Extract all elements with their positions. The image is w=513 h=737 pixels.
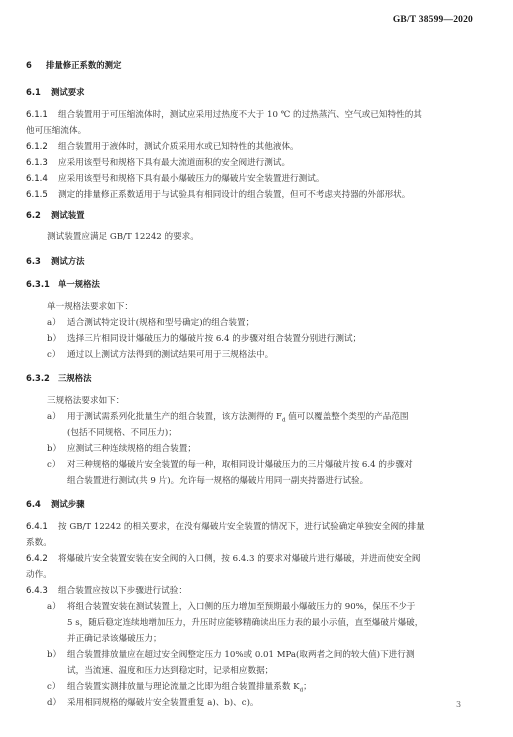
list-item-cont: 并正确记录该爆破压力； — [67, 634, 162, 645]
list-item-cont: 组合装置进行测试(共 9 片)。允许每一规格的爆破片用同一副夹持器进行试验。 — [67, 476, 368, 487]
clause-6-1-4: 6.1.4应采用该型号和规格下具有最小爆破压力的爆破片安全装置进行测试。 — [26, 174, 324, 185]
list-item: b）组合装置排放量应在超过安全阀整定压力 10%或 0.01 MPa(取两者之间… — [47, 650, 414, 661]
list-item: a）适合测试特定设计(规格和型号确定)的组合装置； — [47, 318, 254, 329]
section-6-1-heading: 6.1测试要求 — [26, 87, 85, 98]
list-item: a）将组合装置安装在测试装置上，入口侧的压力增加至预期最小爆破压力的 90%，保… — [47, 602, 415, 613]
clause-6-4-1: 6.4.1按 GB/T 12242 的相关要求，在没有爆破片安全装置的情况下，进… — [26, 522, 425, 533]
page-number: 3 — [456, 700, 461, 709]
list-item-cont: 试，当流速、温度和压力达到稳定时，记录相应数据； — [67, 666, 273, 677]
section-6-3-heading: 6.3测试方法 — [26, 256, 85, 267]
clause-6-3-2-intro: 三规格法要求如下： — [47, 396, 124, 407]
clause-6-4-2: 6.4.2将爆破片安全装置安装在安全阀的入口侧，按 6.4.3 的要求对爆破片进… — [26, 554, 421, 565]
document-page: GB/T 38599—2020 6排量修正系数的测定 6.1测试要求 6.1.1… — [0, 0, 513, 737]
section-6-3-2-heading: 6.3.2三规格法 — [26, 373, 92, 384]
clause-6-2-text: 测试装置应满足 GB/T 12242 的要求。 — [47, 232, 199, 243]
list-item: a）用于测试需系列化批量生产的组合装置，该方法测得的 Fd 值可以覆盖整个类型的… — [47, 412, 409, 427]
clause-6-1-1: 6.1.1组合装置用于可压缩流体时，测试应采用过热度不大于 10 ℃ 的过热蒸汽… — [26, 110, 422, 121]
clause-6-4-3: 6.4.3组合装置应按以下步骤进行试验： — [26, 586, 187, 597]
list-item: c）对三种规格的爆破片安全装置的每一种，取相同设计爆破压力的三片爆破片按 6.4… — [47, 460, 413, 471]
section-6-3-1-heading: 6.3.1单一规格法 — [26, 279, 100, 290]
standard-id: GB/T 38599—2020 — [393, 15, 473, 25]
list-item: d）采用相同规格的爆破片安全装置重复 a)、b)、c)。 — [47, 698, 259, 709]
list-item: c）通过以上测试方法得到的测试结果可用于三规格法中。 — [47, 350, 273, 361]
clause-6-1-3: 6.1.3应采用该型号和规格下具有最大流道面积的安全阀进行测试。 — [26, 158, 290, 169]
section-6-heading: 6排量修正系数的测定 — [26, 60, 121, 71]
list-item: b）应测试三种连续规格的组合装置； — [47, 444, 196, 455]
clause-6-1-5: 6.1.5测定的排量修正系数适用于与试验具有相同设计的组合装置，但可不考虑夹持器… — [26, 190, 410, 201]
section-6-2-heading: 6.2测试装置 — [26, 210, 85, 221]
list-item-cont: 5 s，随后稳定连续地增加压力，升压时应能够精确读出压力表的最小示值，直至爆破片… — [67, 618, 423, 629]
clause-6-1-1-cont: 他可压缩流体。 — [26, 126, 86, 137]
clause-6-4-2-cont: 动作。 — [26, 570, 52, 581]
section-6-4-heading: 6.4测试步骤 — [26, 499, 85, 510]
list-item: c）组合装置实测排放量与理论流量之比即为组合装置排量系数 Kd； — [47, 682, 312, 697]
clause-6-4-1-cont: 系数。 — [26, 538, 52, 549]
clause-6-1-2: 6.1.2组合装置用于液体时，测试介质采用水或已知特性的其他液体。 — [26, 142, 299, 153]
clause-6-3-1-intro: 单一规格法要求如下： — [47, 302, 133, 313]
list-item: b）选择三片相同设计爆破压力的爆破片按 6.4 的步骤对组合装置分别进行测试； — [47, 334, 361, 345]
list-item-cont: (包括不同规格、不同压力)； — [67, 428, 177, 439]
